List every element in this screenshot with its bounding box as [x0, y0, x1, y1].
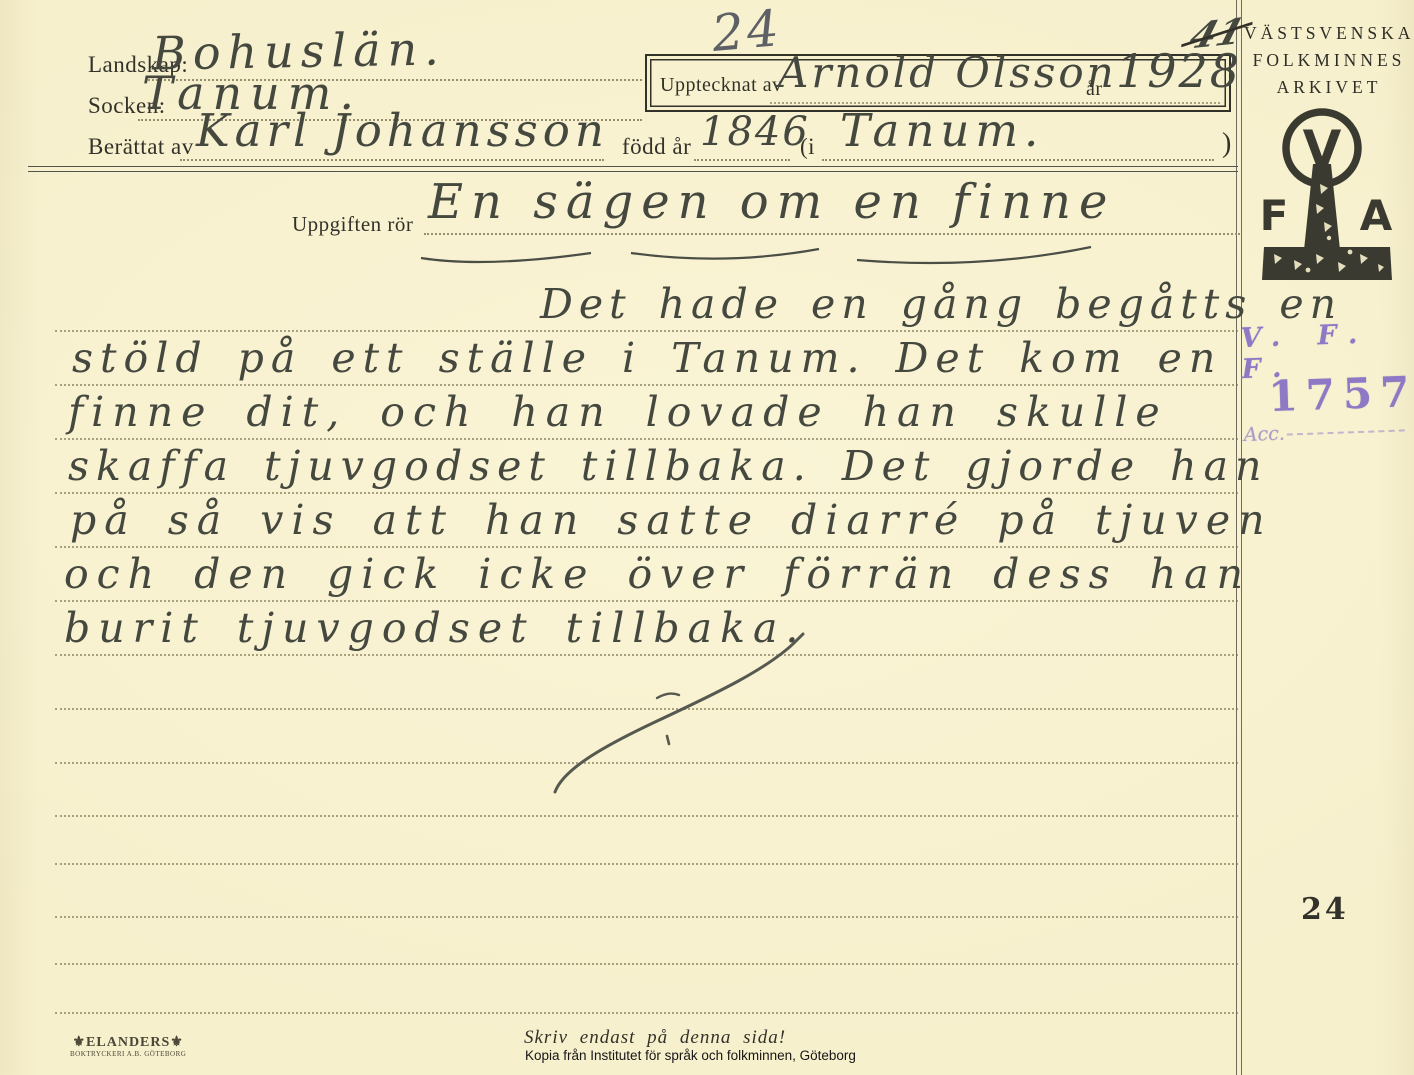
body-line: och den gick icke över förrän dess han [64, 554, 1251, 595]
upptecknat-value: Arnold Olsson [778, 52, 1117, 94]
subject-label: Uppgiften rör [292, 212, 413, 237]
ar-value: 1928 [1116, 48, 1241, 94]
berattat-line [180, 159, 604, 161]
upptecknat-label: Upptecknat av [660, 74, 783, 97]
birthplace-value: Tanum. [840, 108, 1044, 153]
body-line: skaffa tjuvgodset tillbaka. Det gjorde h… [68, 446, 1268, 487]
logo-letter-f: F [1260, 191, 1289, 240]
fodd-line [694, 159, 790, 161]
archive-card-scan: Landskap: Bohuslän. Socken: Tanum. Berät… [0, 0, 1414, 1075]
birthplace-line [822, 159, 1214, 161]
subject-underline-flourish [415, 240, 1115, 272]
subject-value: En sägen om en finne [428, 178, 1115, 226]
berattat-label: Berättat av [88, 134, 194, 160]
printer-mark: ⚜ELANDERS⚜ BOKTRYCKERI A.B. GÖTEBORG [70, 1036, 186, 1058]
write-only-instruction: Skriv endast på denna sida! [524, 1027, 786, 1049]
archive-name-line2: FOLKMINNES [1244, 47, 1414, 74]
logo-letter-a: A [1360, 191, 1393, 240]
ar-label: år [1086, 78, 1103, 101]
printer-ornament-left-icon: ⚜ [72, 1035, 86, 1050]
body-line: på så vis att han satte diarré på tjuven [70, 500, 1272, 541]
accession-stamp: V. F. F. 1757 Acc. [1240, 317, 1414, 446]
body-line: stöld på ett ställe i Tanum. Det kom en [72, 338, 1222, 379]
subject-line [424, 233, 1240, 235]
printer-ornament-right-icon: ⚜ [170, 1035, 184, 1050]
body-line: Det hade en gång begåtts en [540, 284, 1342, 325]
stamp-number: 1757 [1268, 367, 1414, 421]
archive-name-line3: ARKIVET [1244, 74, 1414, 101]
upptecknat-line [770, 102, 1220, 104]
archive-name: VÄSTSVENSKA FOLKMINNES ARKIVET [1244, 20, 1414, 101]
printer-subline: BOKTRYCKERI A.B. GÖTEBORG [70, 1051, 186, 1058]
header-separator [28, 166, 1238, 172]
stamp-acc-line: Acc. [1243, 418, 1414, 446]
berattat-value: Karl Johansson [196, 108, 609, 153]
body-line: finne dit, och han lovade han skulle [68, 392, 1168, 433]
closing-flourish [545, 630, 825, 800]
fodd-value: 1846 [700, 112, 810, 152]
digitization-caption: Kopia från Institutet för språk och folk… [525, 1048, 856, 1063]
printer-name: ELANDERS [86, 1035, 170, 1050]
birthplace-suffix: ) [1222, 128, 1232, 160]
birthplace-prefix: (i [800, 134, 815, 160]
archive-name-line1: VÄSTSVENSKA [1244, 20, 1414, 47]
fodd-label: född år [622, 134, 691, 160]
vfa-thors-hammer-logo-icon: V F A [1250, 104, 1406, 308]
page-number-stamp: 24 [1301, 892, 1349, 927]
